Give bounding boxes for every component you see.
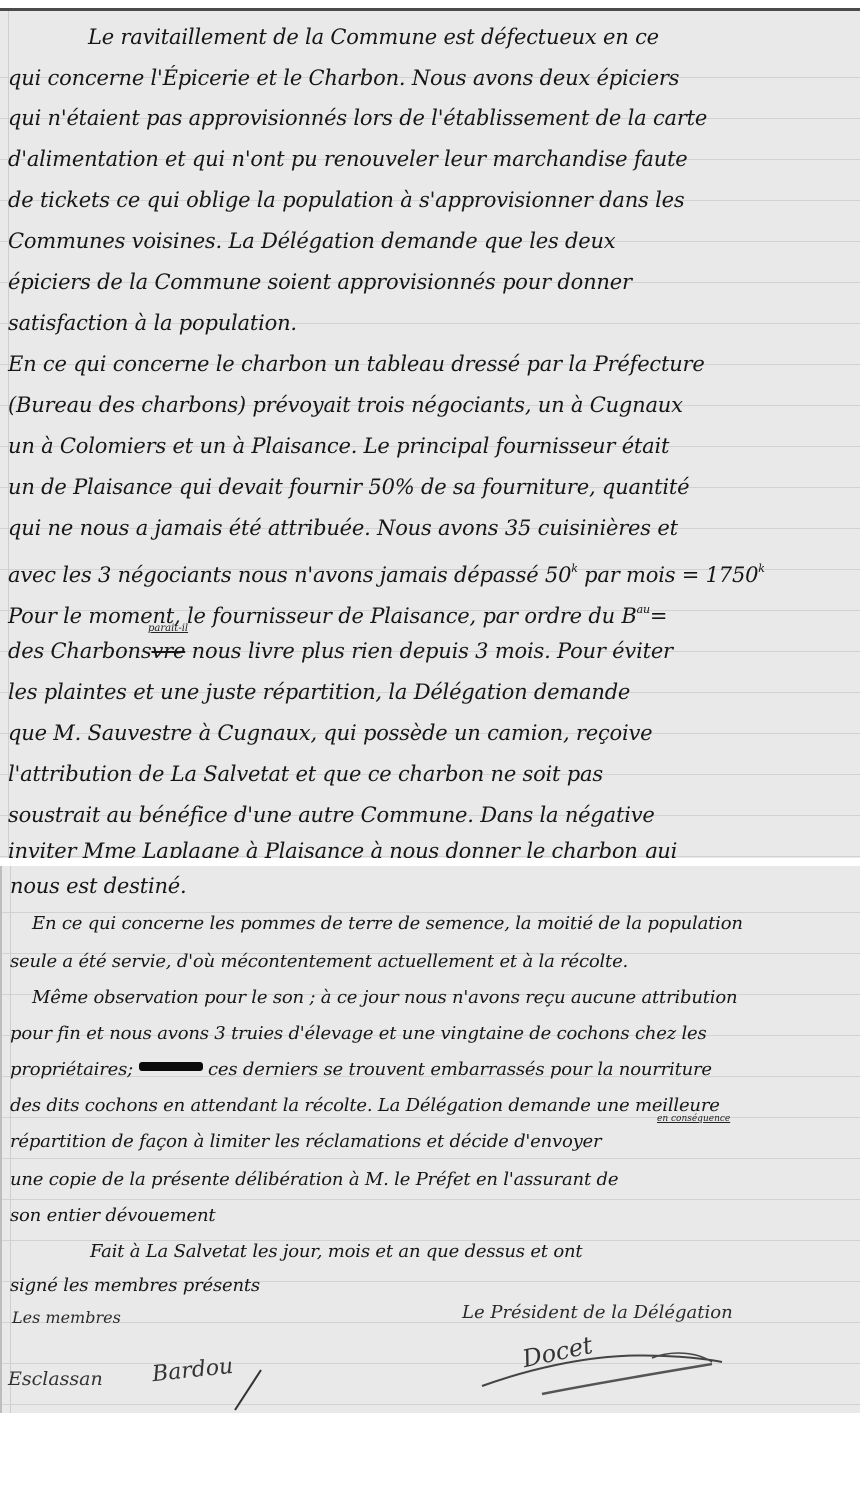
text-line: (Bureau des charbons) prévoyait trois né… <box>8 391 850 419</box>
text-segment: avec les 3 négociants nous n'avons jamai… <box>8 563 571 587</box>
text-line: Même observation pour le son ; à ce jour… <box>32 984 850 1012</box>
text-line: Fait à La Salvetat les jour, mois et an … <box>90 1238 850 1266</box>
text-line: Le ravitaillement de la Commune est défe… <box>88 23 850 51</box>
text-line: qui n'étaient pas approvisionnés lors de… <box>8 104 850 132</box>
text-line: un de Plaisance qui devait fournir 50% d… <box>8 473 850 501</box>
struck-text: vre <box>151 639 185 663</box>
text-line: répartition de façon à limiter les récla… <box>10 1128 850 1156</box>
text-segment: des Charbons <box>8 639 151 663</box>
text-line: signé les membres présents <box>10 1272 850 1300</box>
president-label: Le Président de la Délégation <box>462 1302 733 1323</box>
text-line: propriétaires; ces derniers se trouvent … <box>10 1056 850 1084</box>
text-line: son entier dévouement <box>10 1202 850 1230</box>
document-scan-page-2: nous est destiné. En ce qui concerne les… <box>0 866 860 1413</box>
redacted-scribble <box>139 1062 203 1071</box>
members-label: Les membres <box>12 1308 121 1327</box>
signature-stroke <box>227 1368 267 1413</box>
text-line: pour fin et nous avons 3 truies d'élevag… <box>10 1020 850 1048</box>
interlinear-insertion: en conséquence <box>657 1114 730 1124</box>
member-signature-2: Bardou <box>151 1354 234 1387</box>
text-line: épiciers de la Commune soient approvisio… <box>8 268 850 296</box>
interlinear-insertion: parait-il <box>148 623 188 634</box>
text-line: satisfaction à la population. <box>8 309 850 337</box>
text-line: l'attribution de La Salvetat et que ce c… <box>8 760 850 788</box>
text-line: En ce qui concerne les pommes de terre d… <box>32 910 850 938</box>
text-line: que M. Sauvestre à Cugnaux, qui possède … <box>8 719 850 747</box>
text-line: les plaintes et une juste répartition, l… <box>8 678 850 706</box>
text-line: Communes voisines. La Délégation demande… <box>8 227 850 255</box>
text-segment: = <box>650 604 667 628</box>
text-segment: répartition de façon à limiter les récla… <box>10 1131 509 1152</box>
text-line: d'alimentation et qui n'ont pu renouvele… <box>8 145 850 173</box>
text-line: seule a été servie, d'où mécontentement … <box>10 948 850 976</box>
text-line: En ce qui concerne le charbon un tableau… <box>8 350 850 378</box>
text-line: inviter Mme Laplagne à Plaisance à nous … <box>8 837 850 858</box>
text-segment: ces derniers se trouvent embarrassés pou… <box>203 1059 712 1080</box>
text-line: des Charbonsvre nous livre plus rien dep… <box>8 637 850 665</box>
text-line: soustrait au bénéfice d'une autre Commun… <box>8 801 850 829</box>
signature-flourish <box>472 1328 732 1398</box>
text-line: nous est destiné. <box>10 872 850 900</box>
text-line: qui concerne l'Épicerie et le Charbon. N… <box>8 64 850 92</box>
text-segment: nous livre plus rien depuis 3 mois. Pour… <box>185 639 673 663</box>
text-line: avec les 3 négociants nous n'avons jamai… <box>8 555 850 589</box>
text-segment: Pour le moment, le fournisseur de Plaisa… <box>8 604 637 628</box>
text-line: Pour le moment, le fournisseur de Plaisa… <box>8 596 850 630</box>
member-signature-1: Esclassan <box>8 1368 103 1390</box>
text-line: qui ne nous a jamais été attribuée. Nous… <box>8 514 850 542</box>
text-line: de tickets ce qui oblige la population à… <box>8 186 850 214</box>
document-scan-page-1: Le ravitaillement de la Commune est défe… <box>0 8 860 858</box>
text-segment: d'envoyer <box>509 1131 602 1152</box>
superscript: au <box>637 603 650 616</box>
text-segment: propriétaires; <box>10 1059 133 1080</box>
superscript: k <box>758 562 764 575</box>
text-line: un à Colomiers et un à Plaisance. Le pri… <box>8 432 850 460</box>
text-line: une copie de la présente délibération à … <box>10 1166 850 1194</box>
text-segment: par mois = 1750 <box>578 563 759 587</box>
